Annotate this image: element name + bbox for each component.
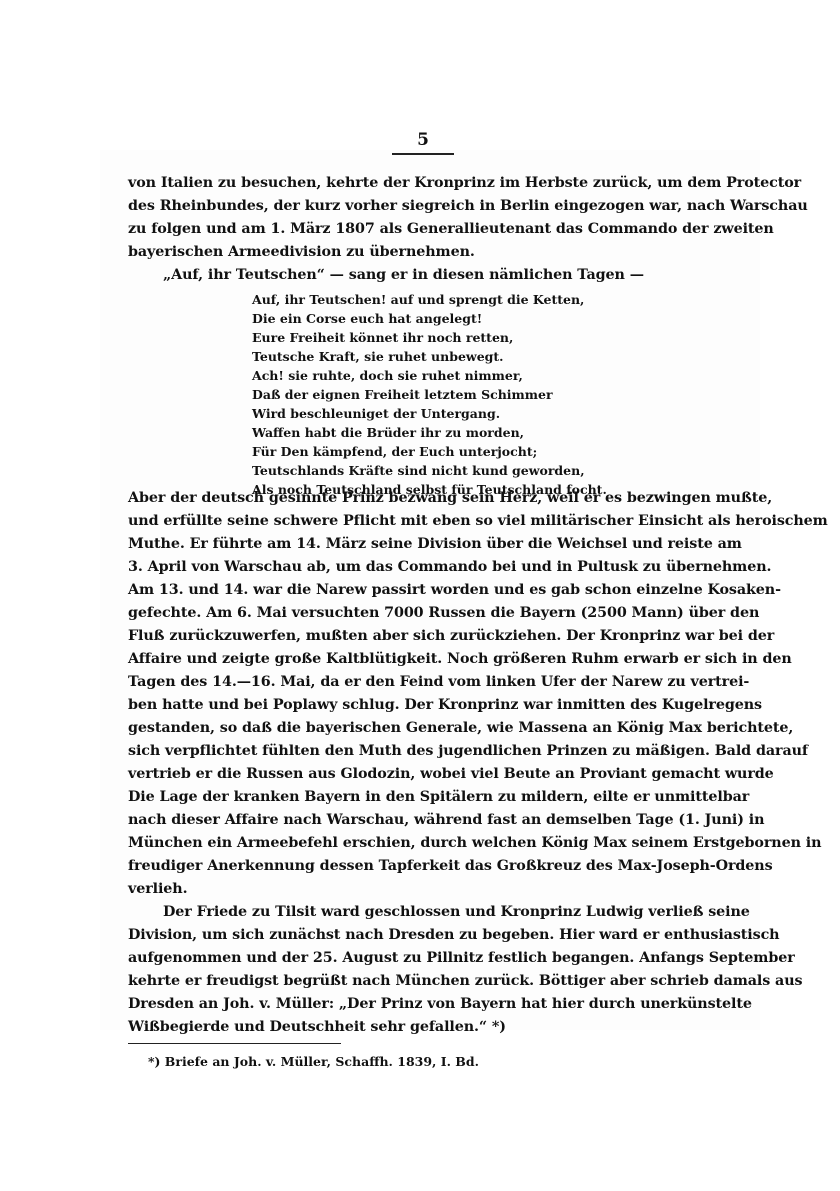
text-line: aufgenommen und der 25. August zu Pillni…: [128, 947, 728, 970]
verse-line: Ach! sie ruhte, doch sie ruhet nimmer,: [252, 366, 523, 385]
text-line: München ein Armeebefehl erschien, durch …: [128, 832, 728, 855]
text-line: freudiger Anerkennung dessen Tapferkeit …: [128, 855, 728, 878]
text-line: 3. April von Warschau ab, um das Command…: [128, 556, 728, 579]
text-line: Fluß zurückzuwerfen, mußten aber sich zu…: [128, 625, 728, 648]
text-line: nach dieser Affaire nach Warschau, währe…: [128, 809, 728, 832]
text-line: zu folgen und am 1. März 1807 als Genera…: [128, 218, 728, 241]
verse-line: Wird beschleuniget der Untergang.: [252, 404, 500, 423]
page-number-rule: [392, 153, 454, 155]
text-line: sich verpflichtet fühlten den Muth des j…: [128, 740, 728, 763]
text-line: Tagen des 14.—16. Mai, da er den Feind v…: [128, 671, 728, 694]
text-line: und erfüllte seine schwere Pflicht mit e…: [128, 510, 728, 533]
text-line: bayerischen Armeedivision zu übernehmen.: [128, 241, 728, 264]
text-line: Die Lage der kranken Bayern in den Spitä…: [128, 786, 728, 809]
verse-line: Für Den kämpfend, der Euch unterjocht;: [252, 442, 537, 461]
text-line: verlieh.: [128, 878, 728, 901]
text-line: gefechte. Am 6. Mai versuchten 7000 Russ…: [128, 602, 728, 625]
text-line: Der Friede zu Tilsit ward geschlossen un…: [163, 901, 728, 924]
verse-line: Auf, ihr Teutschen! auf und sprengt die …: [252, 290, 584, 309]
text-line: Am 13. und 14. war die Narew passirt wor…: [128, 579, 728, 602]
text-line: ben hatte und bei Poplawy schlug. Der Kr…: [128, 694, 728, 717]
verse-line: Waffen habt die Brüder ihr zu morden,: [252, 423, 524, 442]
verse-line: Teutschlands Kräfte sind nicht kund gewo…: [252, 461, 585, 480]
text-line: Division, um sich zunächst nach Dresden …: [128, 924, 728, 947]
text-line: des Rheinbundes, der kurz vorher siegrei…: [128, 195, 728, 218]
text-line: Affaire und zeigte große Kaltblütigkeit.…: [128, 648, 728, 671]
verse-intro: „Auf, ihr Teutschen“ — sang er in diesen…: [163, 264, 728, 287]
verse-line: Teutsche Kraft, sie ruhet unbewegt.: [252, 347, 504, 366]
footnote-rule: [128, 1043, 341, 1044]
text-line: Wißbegierde und Deutschheit sehr gefalle…: [128, 1016, 728, 1039]
verse-line: Daß der eignen Freiheit letztem Schimmer: [252, 385, 553, 404]
text-line: vertrieb er die Russen aus Glodozin, wob…: [128, 763, 728, 786]
text-line: kehrte er freudigst begrüßt nach München…: [128, 970, 728, 993]
text-line: Aber der deutsch gesinnte Prinz bezwang …: [128, 487, 728, 510]
page-number: 5: [390, 130, 456, 150]
verse-line: Die ein Corse euch hat angelegt!: [252, 309, 482, 328]
text-line: Muthe. Er führte am 14. März seine Divis…: [128, 533, 728, 556]
footnote: *) Briefe an Joh. v. Müller, Schaffh. 18…: [148, 1052, 479, 1072]
text-line: Dresden an Joh. v. Müller: „Der Prinz vo…: [128, 993, 728, 1016]
verse-line: Eure Freiheit könnet ihr noch retten,: [252, 328, 513, 347]
text-line: gestanden, so daß die bayerischen Genera…: [128, 717, 728, 740]
book-page: 5 von Italien zu besuchen, kehrte der Kr…: [0, 0, 840, 1191]
text-line: von Italien zu besuchen, kehrte der Kron…: [128, 172, 728, 195]
